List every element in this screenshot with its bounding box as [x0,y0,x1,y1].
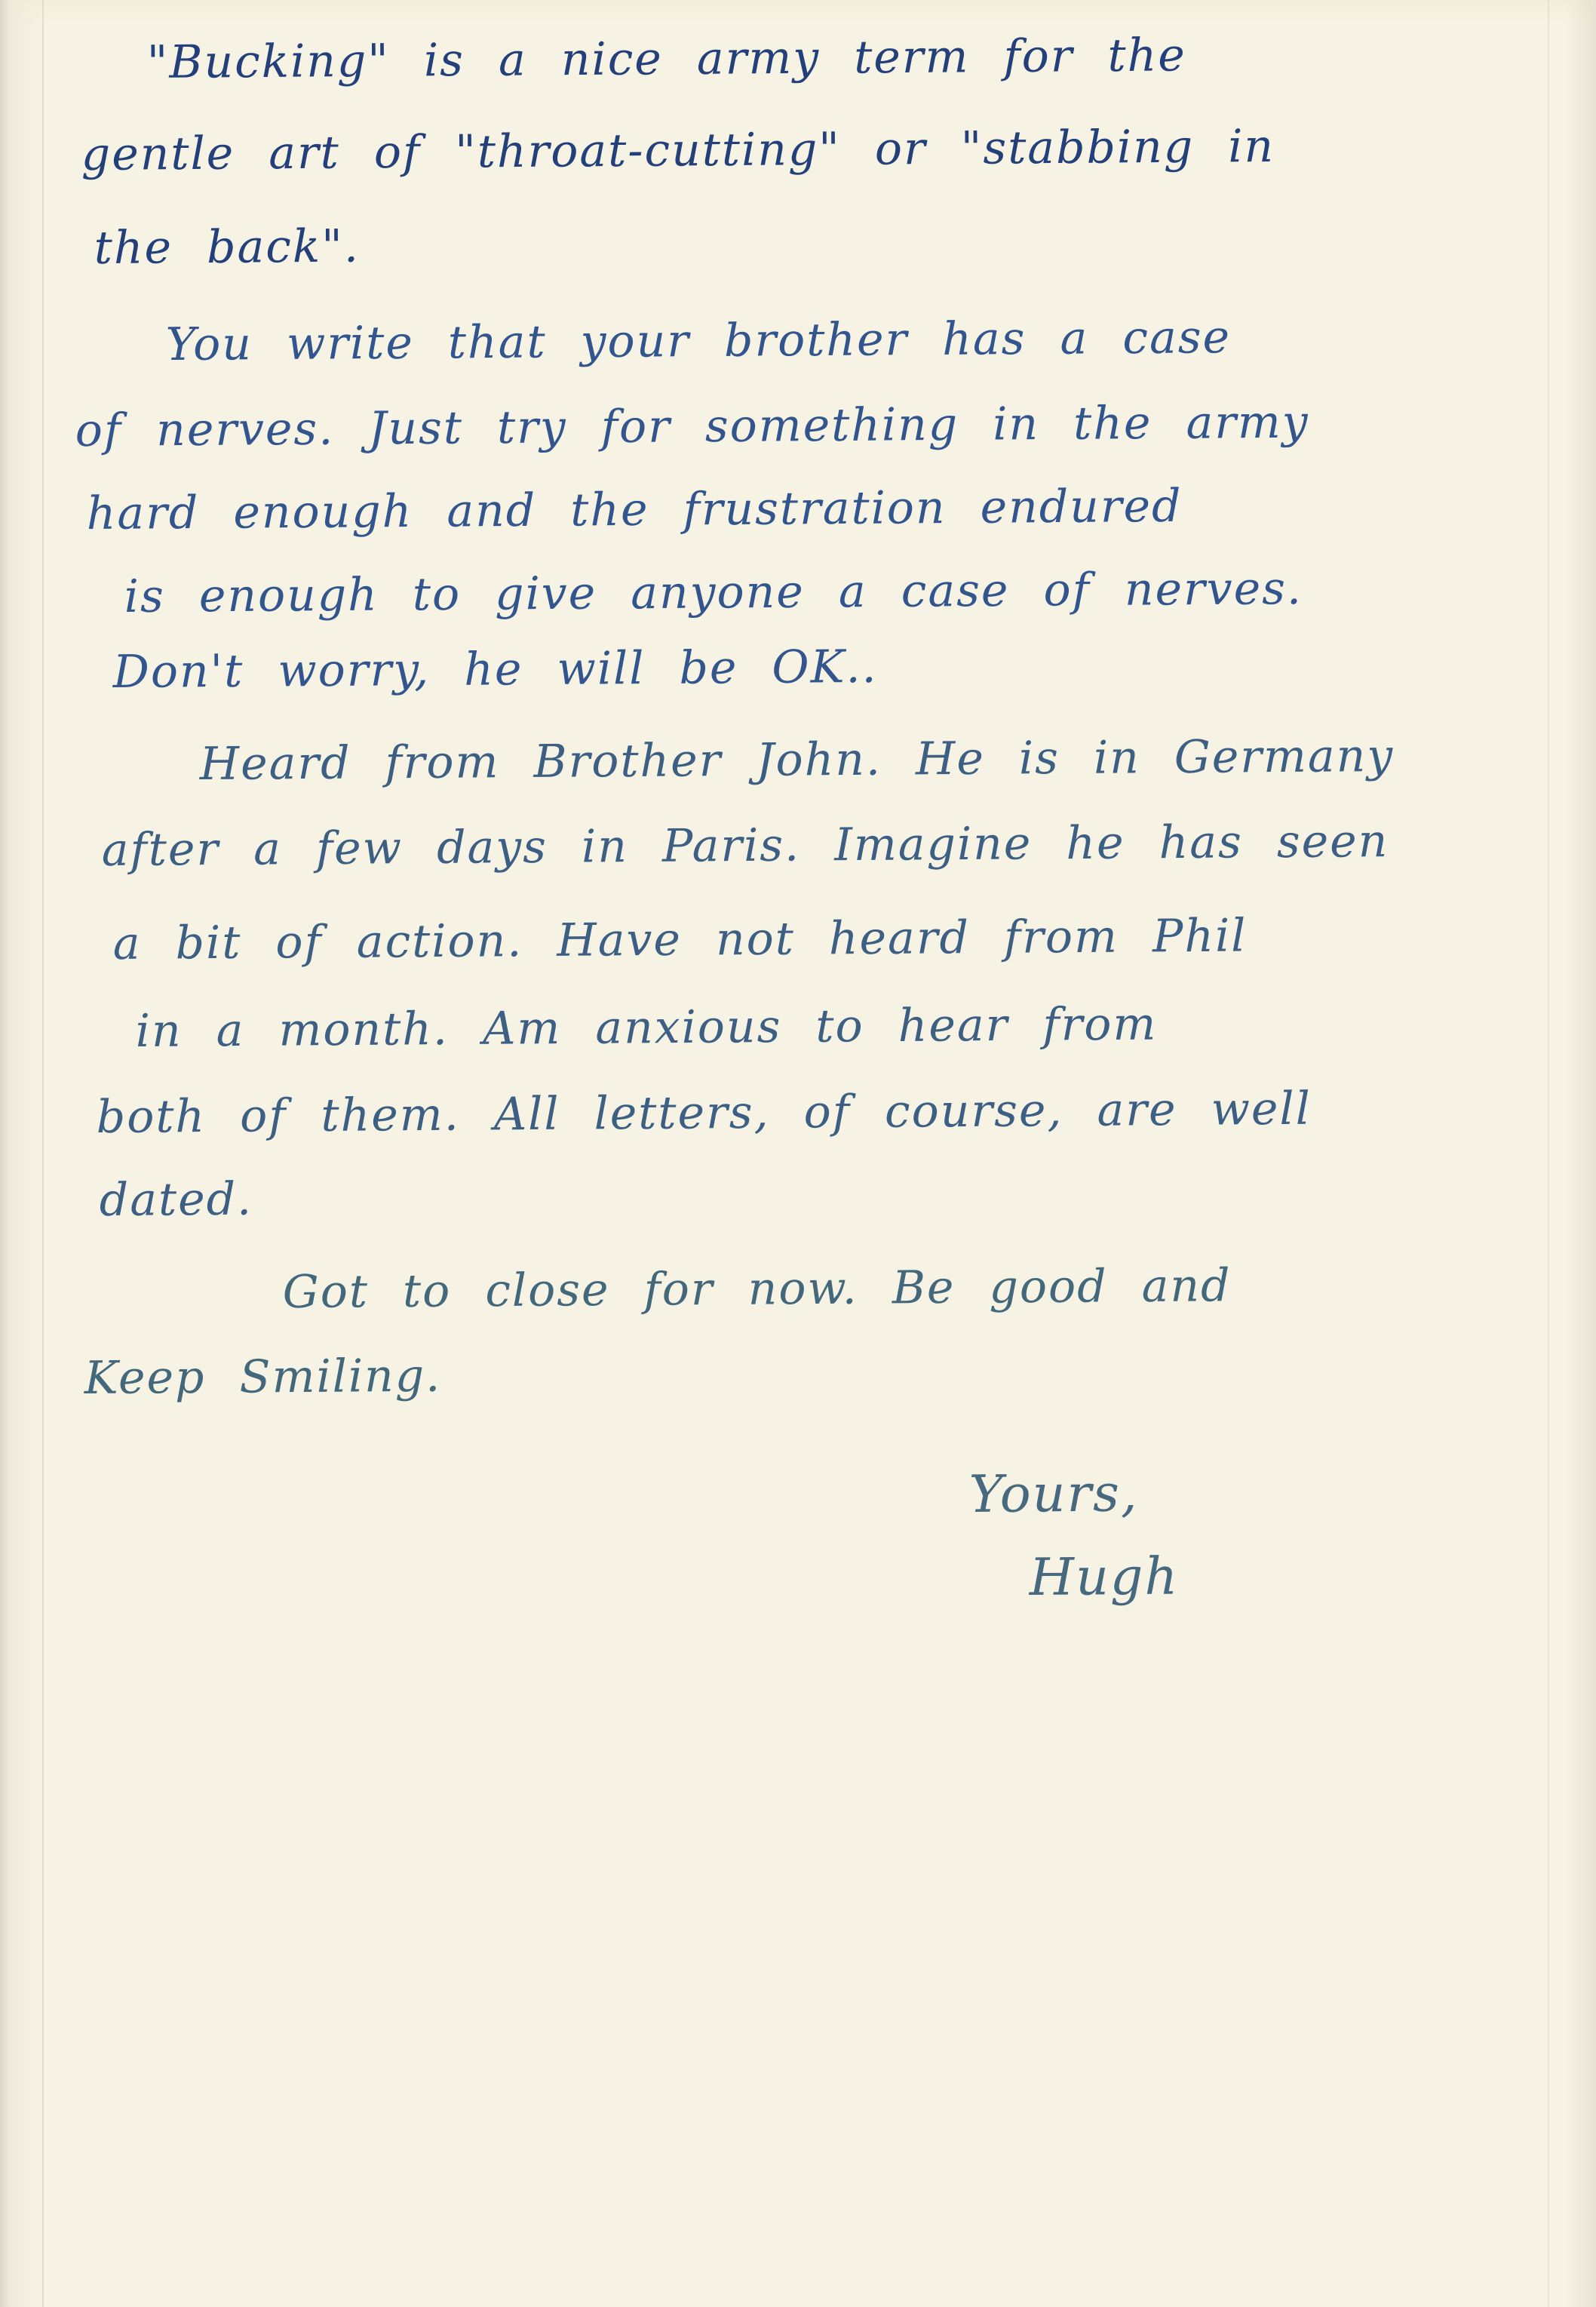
letter-paper: "Bucking" is a nice army term for the ge… [0,0,1596,2307]
letter-line: is enough to give anyone a case of nerve… [124,564,1303,622]
letter-line: gentle art of "throat-cutting" or "stabb… [81,121,1275,180]
letter-line: after a few days in Paris. Imagine he ha… [102,816,1389,875]
paper-crease-right [1548,0,1549,2307]
letter-line: in a month. Am anxious to hear from [136,1000,1158,1056]
letter-line: Keep Smiling. [84,1351,442,1403]
letter-line: "Bucking" is a nice army term for the [147,30,1186,88]
letter-line: of nerves. Just try for something in the… [75,398,1309,456]
letter-signature: Hugh [1029,1550,1179,1607]
letter-line: both of them. All letters, of course, ar… [97,1084,1312,1142]
letter-line: a bit of action. Have not heard from Phi… [113,911,1248,969]
paper-crease-left [42,0,44,2307]
letter-line: dated. [100,1175,253,1225]
letter-line: Don't worry, he will be OK.. [113,642,878,697]
letter-line: You write that your brother has a case [166,312,1232,370]
letter-line: Heard from Brother John. He is in German… [200,731,1395,789]
letter-line: Got to close for now. Be good and [283,1261,1232,1317]
letter-line: hard enough and the frustration endured [87,481,1183,539]
letter-valediction: Yours, [968,1466,1138,1523]
letter-line: the back". [94,222,361,273]
